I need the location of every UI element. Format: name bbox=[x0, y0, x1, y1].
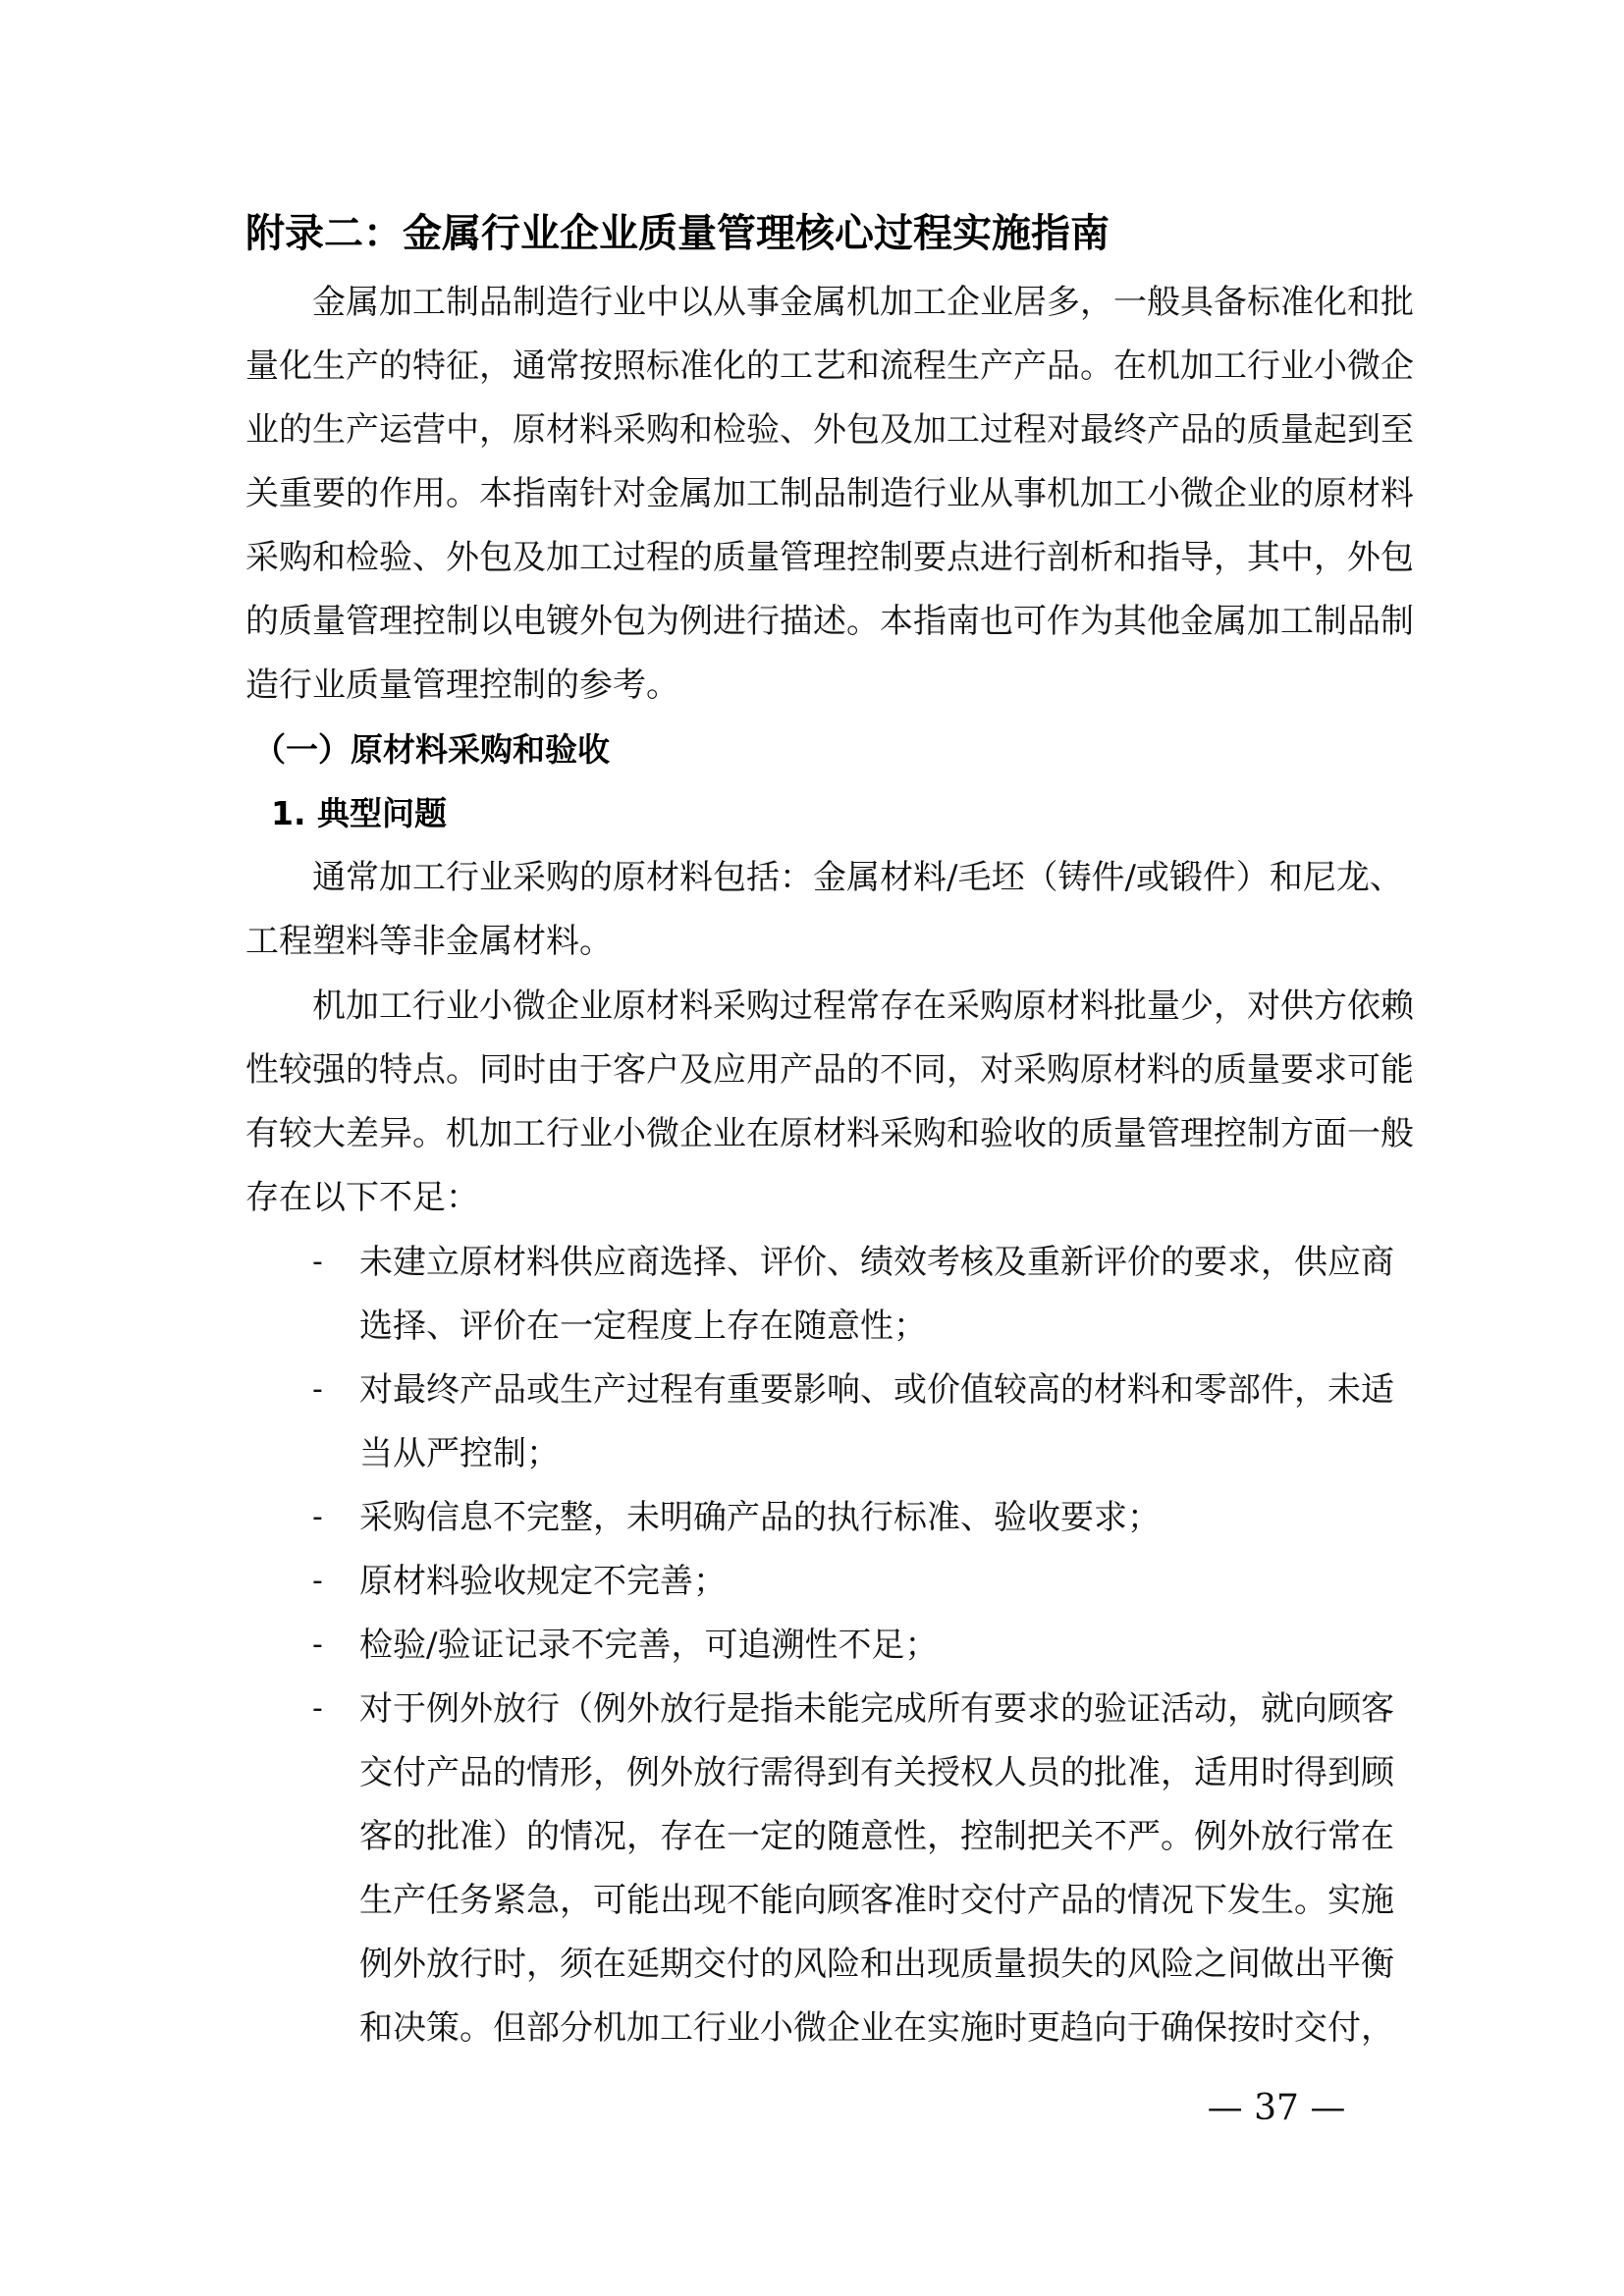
paragraph-line: 通常加工行业采购的原材料包括：金属材料/毛坯（铸件/或锻件）和尼龙、 bbox=[312, 856, 1389, 899]
bullet-line: 检验/验证记录不完善，可追溯性不足； bbox=[359, 1624, 1389, 1667]
bullet-line: 交付产品的情形，例外放行需得到有关授权人员的批准，适用时得到顾 bbox=[359, 1751, 1389, 1794]
intro-line: 造行业质量管理控制的参考。 bbox=[245, 664, 1389, 707]
paragraph-line: 性较强的特点。同时由于客户及应用产品的不同，对采购原材料的质量要求可能 bbox=[245, 1048, 1389, 1092]
paragraph-line: 有较大差异。机加工行业小微企业在原材料采购和验收的质量管理控制方面一般 bbox=[245, 1112, 1389, 1155]
bullet-line: 对最终产品或生产过程有重要影响、或价值较高的材料和零部件，未适 bbox=[359, 1368, 1389, 1412]
bullet-line: 原材料验收规定不完善； bbox=[359, 1560, 1389, 1603]
intro-line: 的质量管理控制以电镀外包为例进行描述。本指南也可作为其他金属加工制品制 bbox=[245, 600, 1389, 643]
page-title: 附录二：金属行业企业质量管理核心过程实施指南 bbox=[245, 204, 1424, 263]
intro-line: 采购和检验、外包及加工过程的质量管理控制要点进行剖析和指导，其中，外包 bbox=[245, 536, 1389, 579]
paragraph-line: 工程塑料等非金属材料。 bbox=[245, 920, 1389, 963]
dash-bullet-icon: - bbox=[312, 1624, 323, 1667]
bullet-line: 客的批准）的情况，存在一定的随意性，控制把关不严。例外放行常在 bbox=[359, 1815, 1389, 1858]
dash-bullet-icon: - bbox=[312, 1687, 323, 1731]
intro-line: 金属加工制品制造行业中以从事金属机加工企业居多，一般具备标准化和批 bbox=[312, 281, 1389, 324]
bullet-line: 当从严控制； bbox=[359, 1432, 1389, 1475]
dash-bullet-icon: - bbox=[312, 1496, 323, 1539]
paragraph-line: 存在以下不足： bbox=[245, 1176, 1389, 1219]
bullet-line: 采购信息不完整，未明确产品的执行标准、验收要求； bbox=[359, 1496, 1389, 1539]
bullet-line: 未建立原材料供应商选择、评价、绩效考核及重新评价的要求，供应商 bbox=[359, 1241, 1389, 1284]
page-number: — 37 — bbox=[1178, 2087, 1375, 2130]
intro-line: 量化生产的特征，通常按照标准化的工艺和流程生产产品。在机加工行业小微企 bbox=[245, 345, 1389, 388]
paragraph-line: 机加工行业小微企业原材料采购过程常存在采购原材料批量少，对供方依赖 bbox=[312, 985, 1389, 1028]
bullet-line: 和决策。但部分机加工行业小微企业在实施时更趋向于确保按时交付， bbox=[359, 2006, 1389, 2050]
intro-line: 关重要的作用。本指南针对金属加工制品制造行业从事机加工小微企业的原材料 bbox=[245, 472, 1389, 515]
document-page: 附录二：金属行业企业质量管理核心过程实施指南 金属加工制品制造行业中以从事金属机… bbox=[0, 0, 1624, 2296]
dash-bullet-icon: - bbox=[312, 1241, 323, 1284]
dash-bullet-icon: - bbox=[312, 1560, 323, 1603]
bullet-line: 生产任务紧急，可能出现不能向顾客准时交付产品的情况下发生。实施 bbox=[359, 1879, 1389, 1922]
intro-line: 业的生产运营中，原材料采购和检验、外包及加工过程对最终产品的质量起到至 bbox=[245, 408, 1389, 452]
section-heading: （一）原材料采购和验收 bbox=[253, 728, 610, 772]
bullet-line: 例外放行时，须在延期交付的风险和出现质量损失的风险之间做出平衡 bbox=[359, 1943, 1389, 1986]
bullet-line: 选择、评价在一定程度上存在随意性； bbox=[359, 1305, 1389, 1348]
subsection-heading: 1. 典型问题 bbox=[271, 792, 447, 835]
dash-bullet-icon: - bbox=[312, 1368, 323, 1412]
bullet-line: 对于例外放行（例外放行是指未能完成所有要求的验证活动，就向顾客 bbox=[359, 1687, 1389, 1731]
